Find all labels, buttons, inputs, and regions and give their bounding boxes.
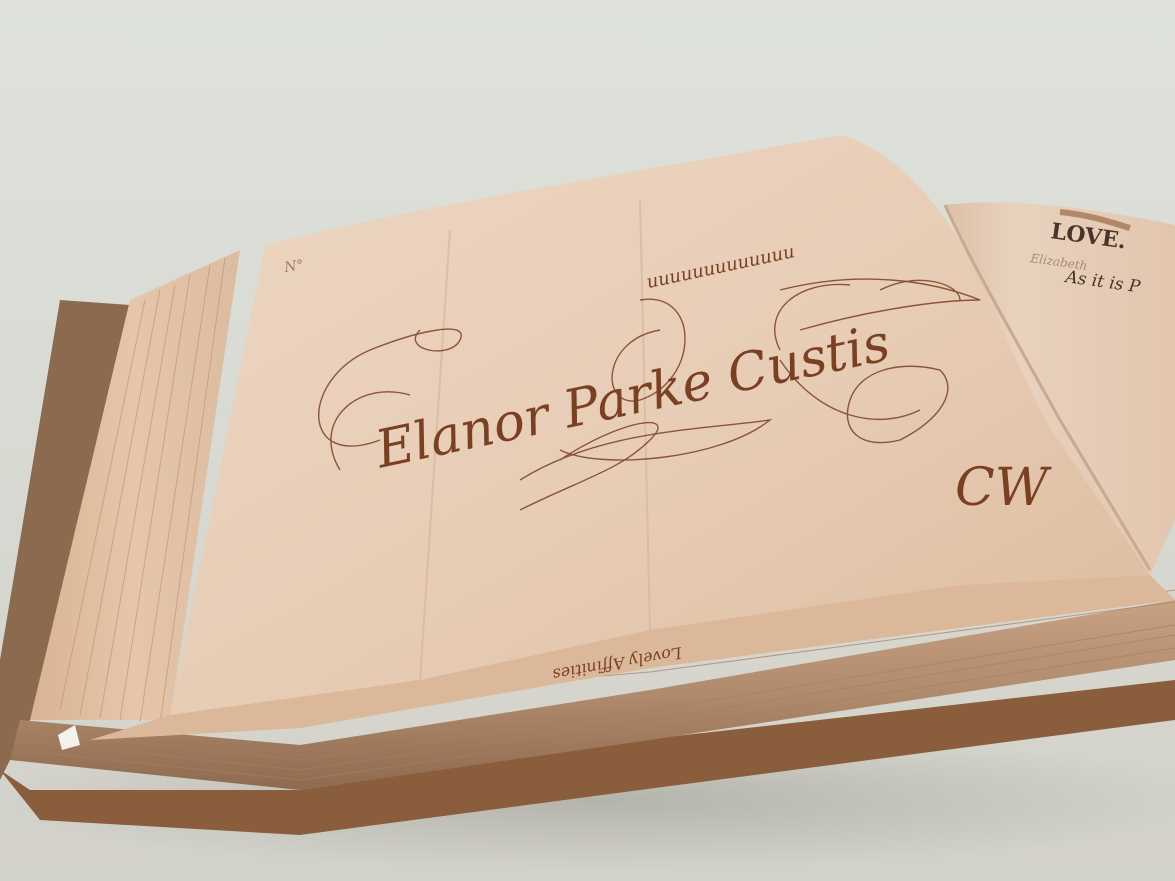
book-illustration: N° uuuuuuuuuuuuu Elanor Parke Custis CW … bbox=[0, 0, 1175, 881]
photo-scene: N° uuuuuuuuuuuuu Elanor Parke Custis CW … bbox=[0, 0, 1175, 881]
corner-note: N° bbox=[282, 257, 304, 276]
monogram: CW bbox=[955, 458, 1052, 518]
